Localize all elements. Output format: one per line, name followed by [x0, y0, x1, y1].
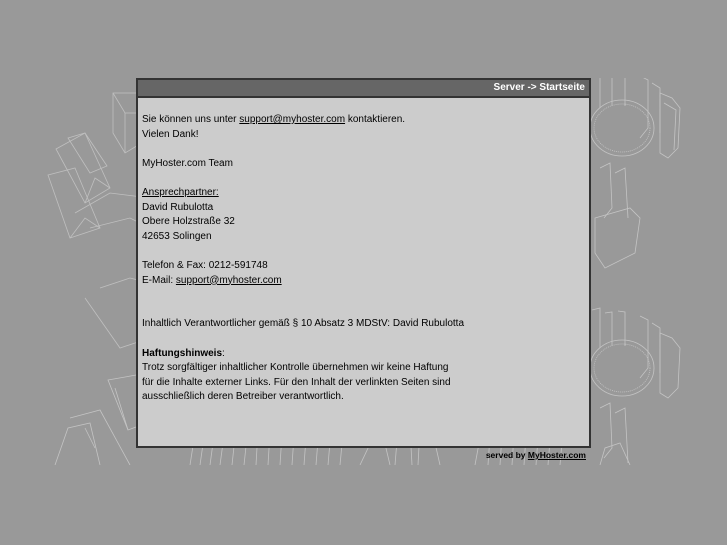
wireframe-cubes-left: [48, 93, 150, 348]
thanks-text: Vielen Dank!: [142, 128, 585, 143]
wireframe-gear-right-top: [590, 78, 680, 268]
responsible-text: Inhaltlich Verantwortlicher gemäß § 10 A…: [142, 317, 585, 332]
partner-street: Obere Holzstraße 32: [142, 215, 585, 230]
nav-link-server-startseite[interactable]: Server -> Startseite: [494, 82, 585, 93]
email-link[interactable]: support@myhoster.com: [176, 275, 282, 286]
contact-intro: Sie können uns unter support@myhoster.co…: [142, 113, 585, 128]
panel-content: Sie können uns unter support@myhoster.co…: [138, 98, 589, 405]
content-panel: Server -> Startseite Sie können uns unte…: [136, 78, 591, 448]
panel-header: Server -> Startseite: [138, 80, 589, 98]
support-email-link[interactable]: support@myhoster.com: [239, 114, 345, 125]
served-by-footer: served by MyHoster.com: [136, 450, 586, 460]
partner-name: David Rubulotta: [142, 201, 585, 216]
disclaimer-line: für die Inhalte externer Links. Für den …: [142, 376, 585, 391]
myhoster-link[interactable]: MyHoster.com: [528, 450, 586, 460]
disclaimer-line: Trotz sorgfältiger inhaltlicher Kontroll…: [142, 361, 585, 376]
team-text: MyHoster.com Team: [142, 157, 585, 172]
disclaimer-line: ausschließlich deren Betreiber verantwor…: [142, 390, 585, 405]
wireframe-gear-right-bottom: [590, 308, 680, 463]
email-line: E-Mail: support@myhoster.com: [142, 274, 585, 289]
phone-fax: Telefon & Fax: 0212-591748: [142, 259, 585, 274]
partner-city: 42653 Solingen: [142, 230, 585, 245]
partner-heading: Ansprechpartner:: [142, 186, 585, 201]
disclaimer-heading: Haftungshinweis:: [142, 347, 585, 362]
